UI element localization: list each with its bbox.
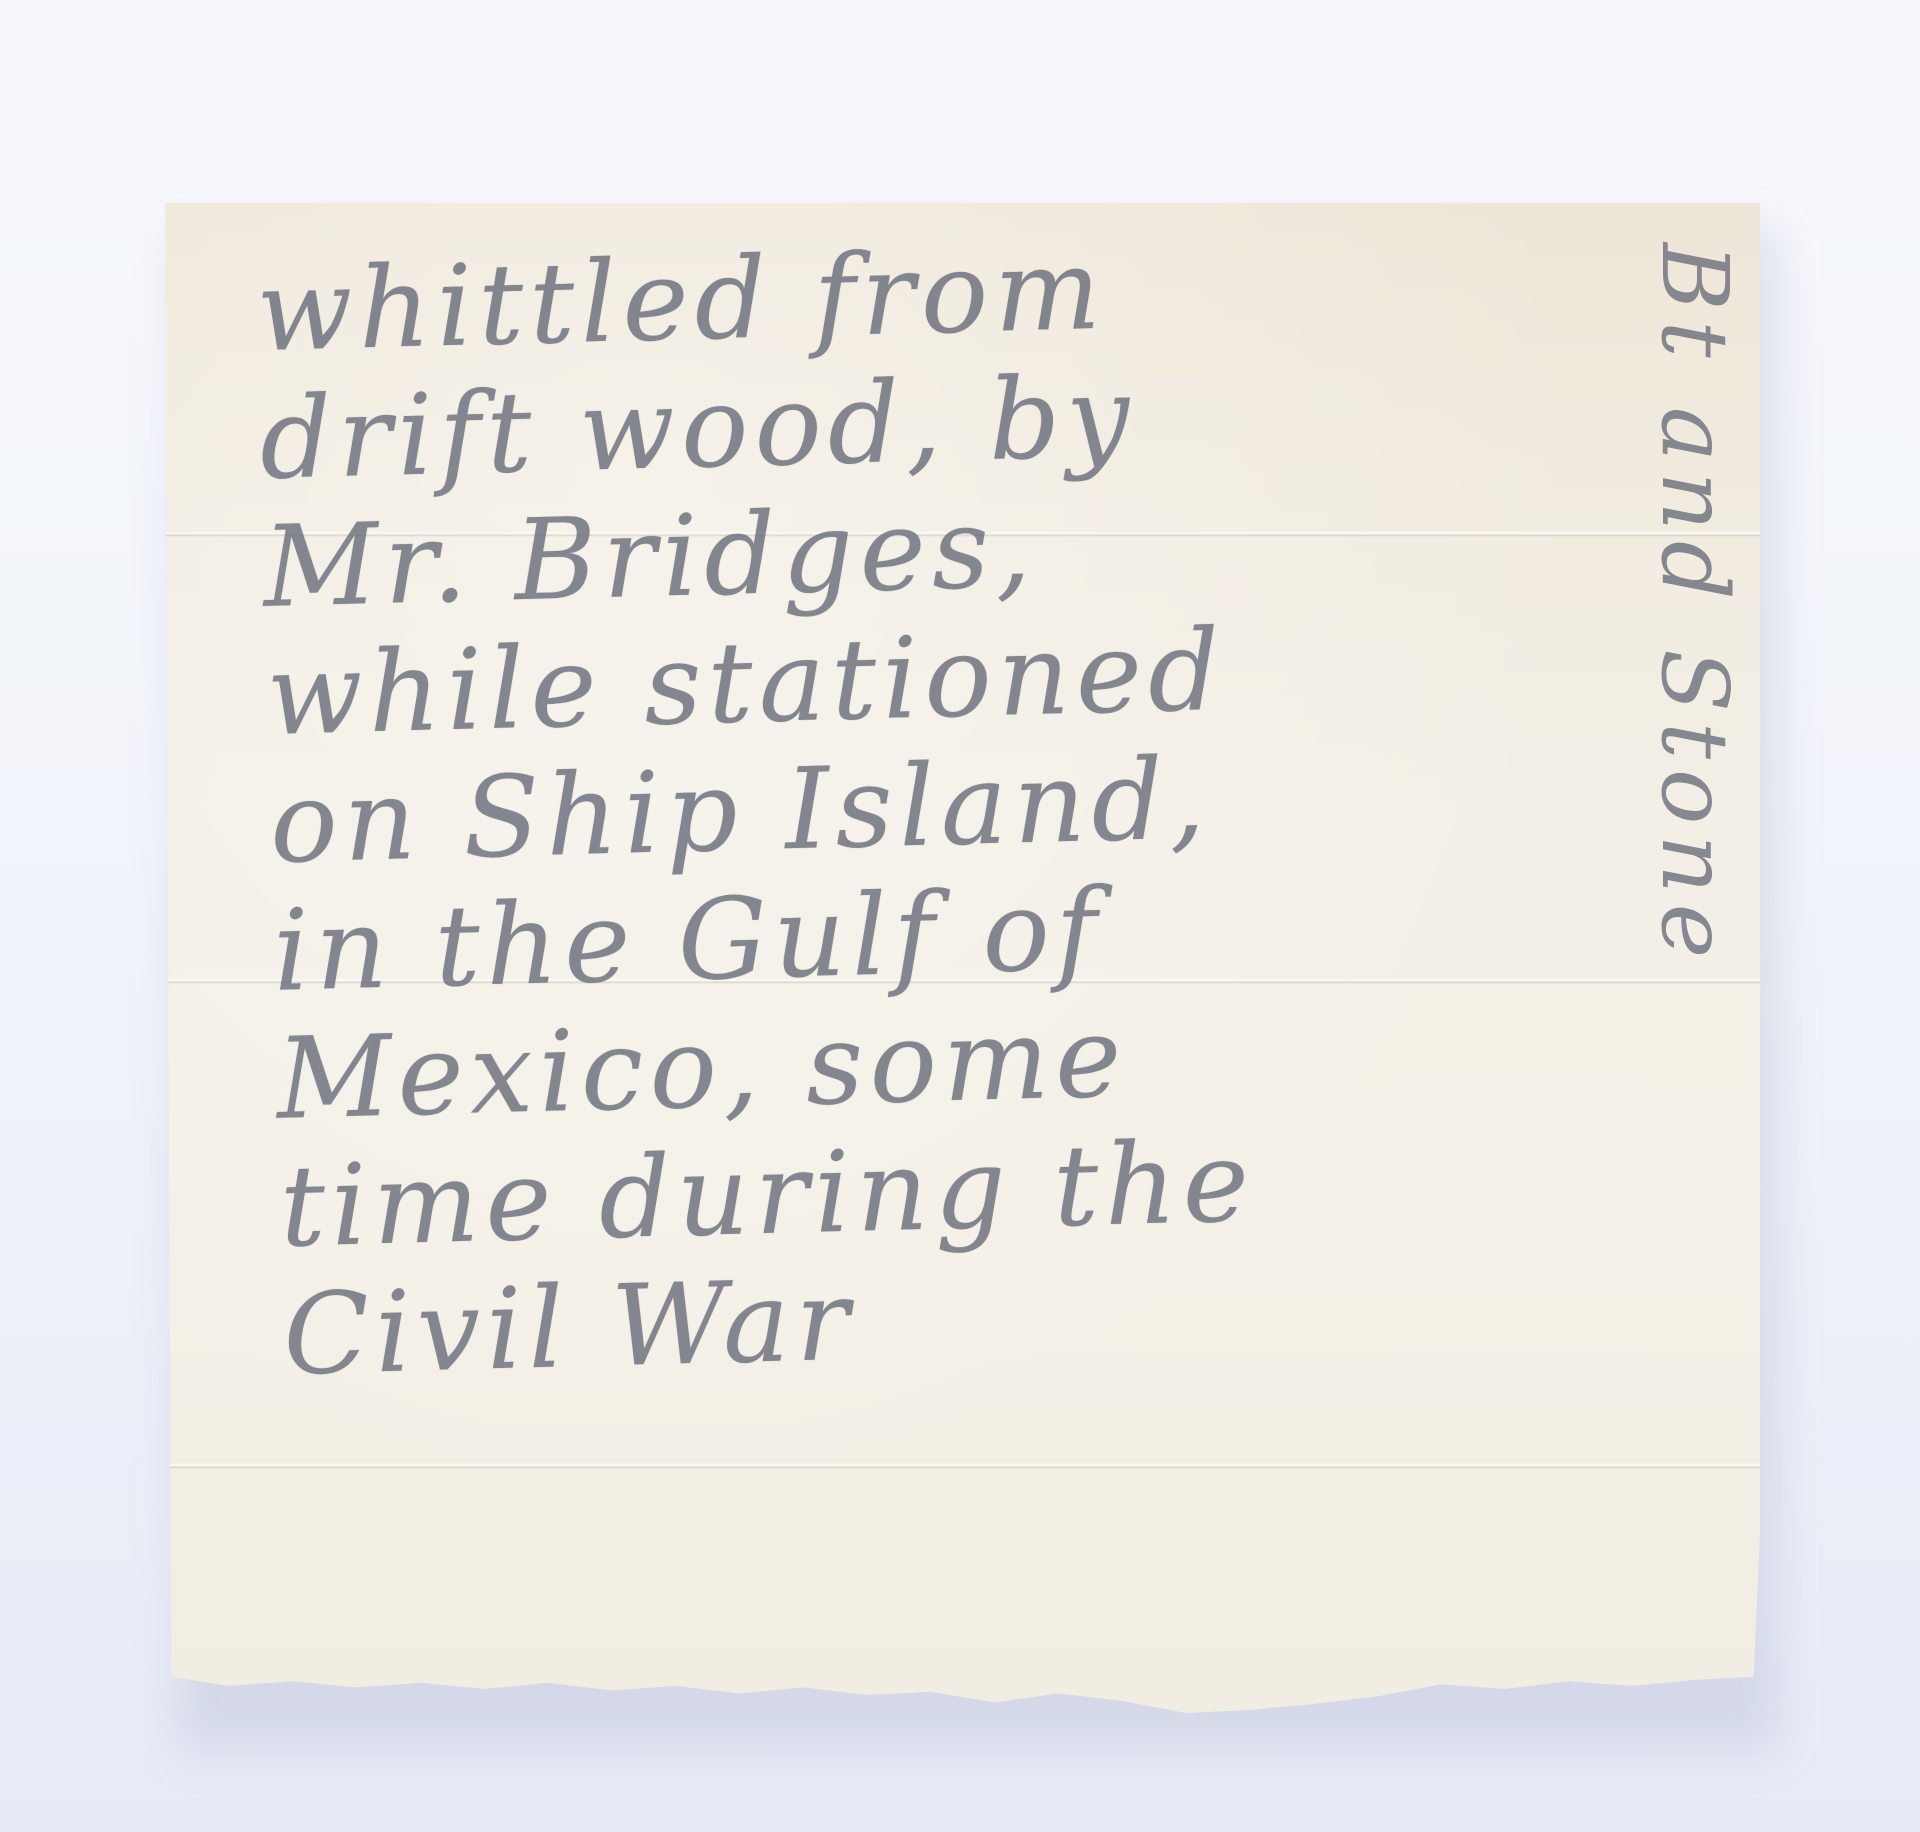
margin-note: Bt and Stone [1641, 243, 1748, 968]
fold-crease [165, 1463, 1760, 1469]
handwritten-text: whittled from drift wood, by Mr. Bridges… [255, 214, 1585, 1400]
handwritten-note-paper: whittled from drift wood, by Mr. Bridges… [165, 203, 1760, 1713]
